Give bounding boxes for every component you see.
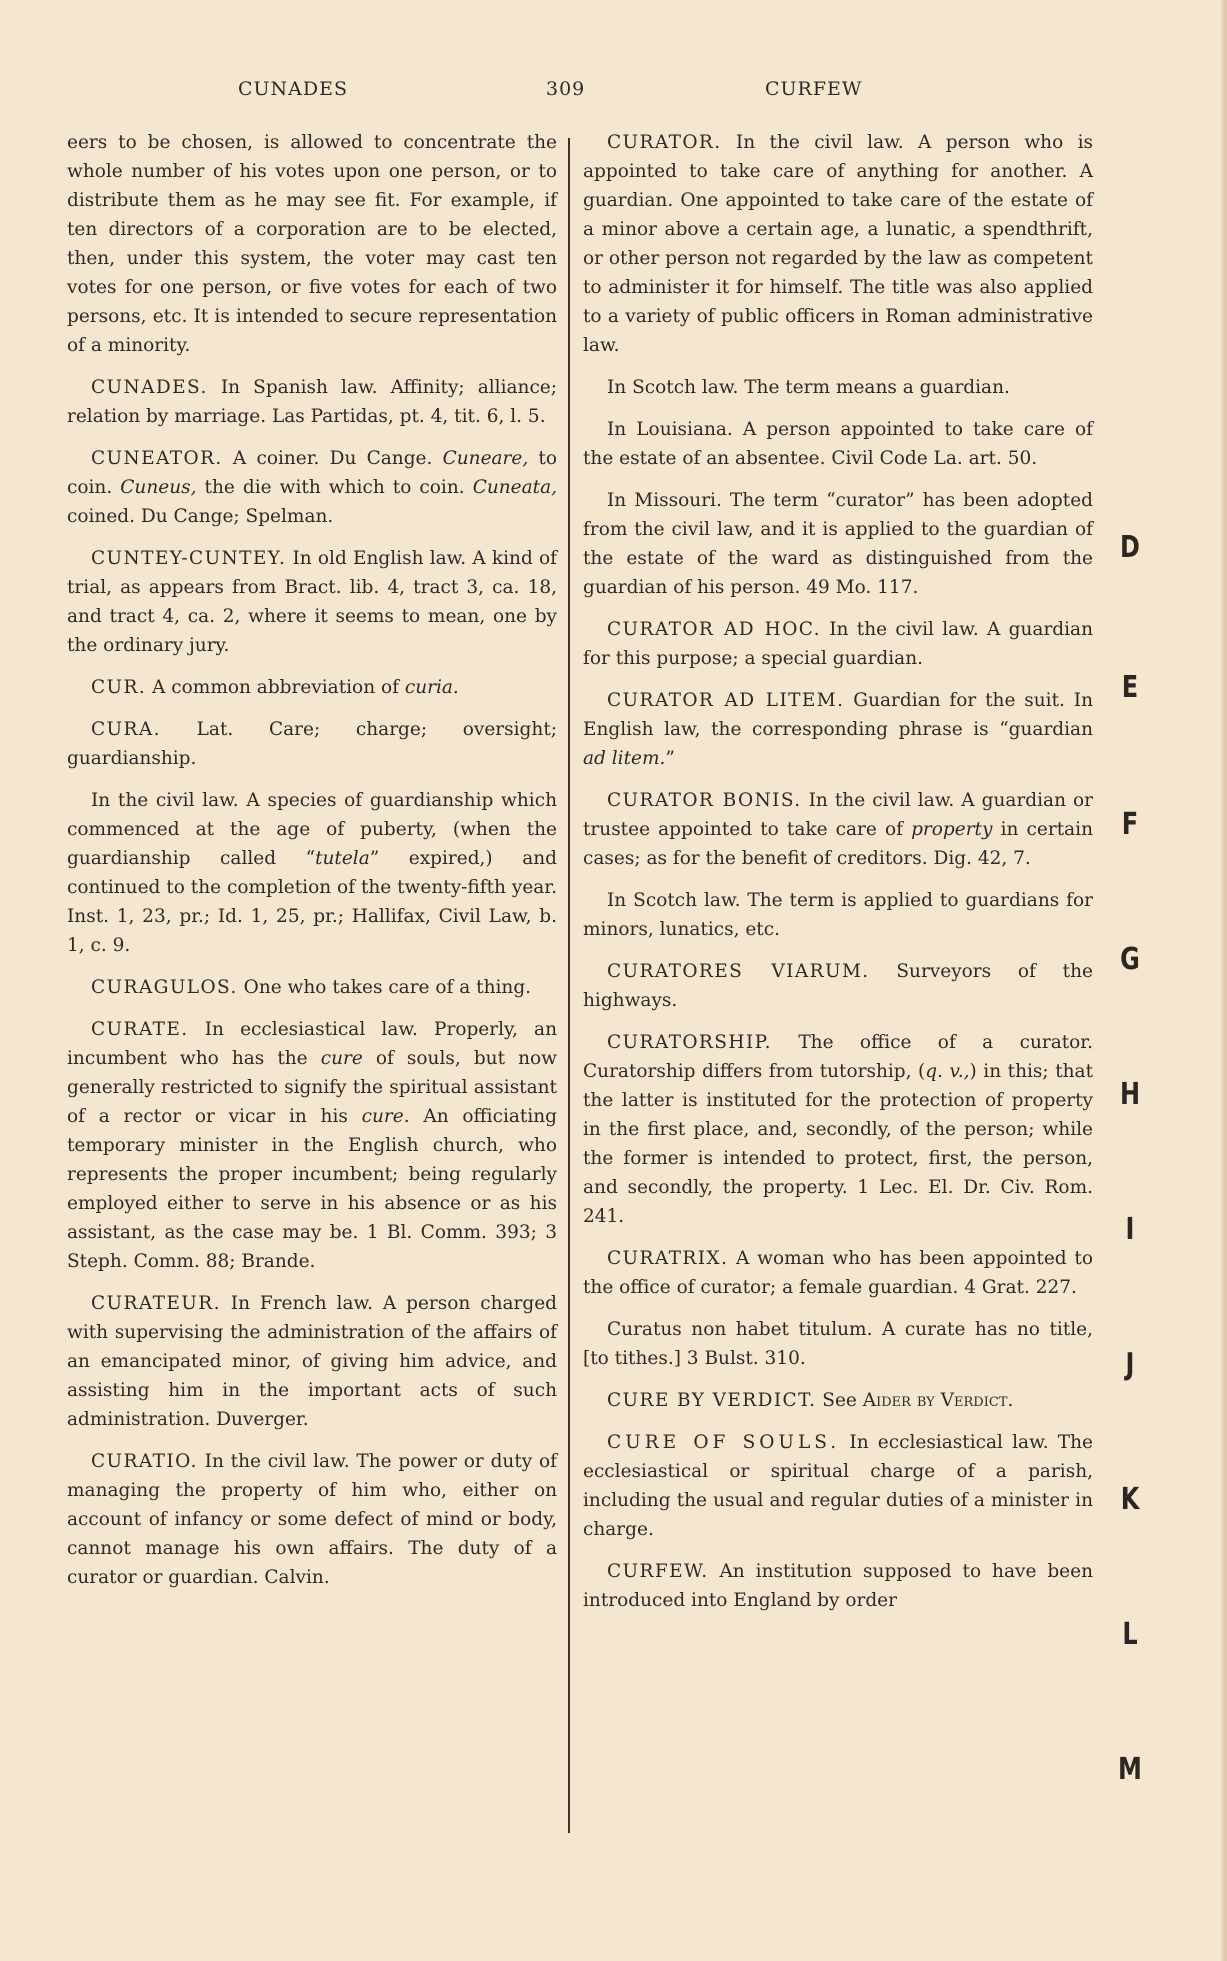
entry-cunades: CUNADES. In Spanish law. Affinity; allia… — [67, 373, 557, 431]
headword: CURATORES VIARUM. — [607, 961, 870, 982]
guide-word-left: CUNADES — [238, 78, 348, 100]
thumb-tab-d[interactable]: D — [1114, 530, 1146, 565]
page-number: 309 — [546, 78, 585, 100]
headword: CURFEW. — [607, 1561, 708, 1582]
definition: Curatus non habet titulum. A curate has … — [583, 1315, 1093, 1373]
entry-curator-bonis: CURATOR BONIS. In the civil law. A guard… — [583, 786, 1093, 873]
entry-curatrix: CURATRIX. A woman who has been appointed… — [583, 1244, 1093, 1302]
headword: CURATE. — [91, 1019, 189, 1040]
right-column: CURATOR. In the civil law. A person who … — [583, 128, 1093, 1628]
definition: In Scotch law. The term is applied to gu… — [583, 886, 1093, 944]
latin-term: curia. — [405, 677, 459, 698]
entry-text: eers to be chosen, is allowed to concent… — [67, 128, 557, 360]
latin-term: Cuneata, — [473, 477, 557, 498]
cross-reference: q. v., — [925, 1061, 969, 1082]
latin-term: ad litem. — [583, 748, 665, 769]
definition: One who takes care of a thing. — [238, 977, 531, 998]
headword: CURATRIX. — [607, 1248, 728, 1269]
entry-curatus-maxim: Curatus non habet titulum. A curate has … — [583, 1315, 1093, 1373]
entry-curatio: CURATIO. In the civil law. The power or … — [67, 1447, 557, 1592]
headword: CURE BY VERDICT. — [607, 1390, 816, 1411]
entry-curfew: CURFEW. An institution supposed to have … — [583, 1557, 1093, 1615]
thumb-tab-m[interactable]: M — [1114, 1752, 1146, 1787]
cross-reference: Aider by Verdict — [863, 1390, 1008, 1411]
definition: In Missouri. The term “curator” has been… — [583, 486, 1093, 602]
headword: CUNEATOR. — [91, 448, 223, 469]
headword: CURE OF SOULS. — [607, 1432, 840, 1453]
definition: ) in this; that the latter is instituted… — [583, 1061, 1093, 1227]
entry-curator: CURATOR. In the civil law. A person who … — [583, 128, 1093, 360]
thumb-tab-j[interactable]: J — [1114, 1347, 1146, 1382]
headword: CUR. — [91, 677, 146, 698]
entry-curator-bonis-scotch: In Scotch law. The term is applied to gu… — [583, 886, 1093, 944]
thumb-tab-e[interactable]: E — [1114, 670, 1146, 705]
entry-curateur: CURATEUR. In French law. A person charge… — [67, 1289, 557, 1434]
definition: ” — [665, 748, 674, 769]
headword: CURATOR AD HOC. — [607, 619, 821, 640]
entry-curatorship: CURATORSHIP. The office of a curator. Cu… — [583, 1028, 1093, 1231]
entry-curator-scotch: In Scotch law. The term means a guardian… — [583, 373, 1093, 402]
page-edge — [1221, 0, 1227, 1961]
definition: An officiating temporary minister in the… — [67, 1106, 557, 1272]
entry-curator-ad-hoc: CURATOR AD HOC. In the civil law. A guar… — [583, 615, 1093, 673]
left-column: eers to be chosen, is allowed to concent… — [67, 128, 557, 1605]
definition: In the civil law. A person who is appoin… — [583, 132, 1093, 356]
thumb-tab-g[interactable]: G — [1114, 942, 1146, 977]
thumb-tab-k[interactable]: K — [1114, 1482, 1146, 1517]
entry-curagulos: CURAGULOS. One who takes care of a thing… — [67, 973, 557, 1002]
headword: CURATEUR. — [91, 1293, 221, 1314]
guide-word-right: CURFEW — [765, 78, 862, 100]
definition: coined. Du Cange; Spelman. — [67, 506, 333, 527]
emphasis: property — [911, 819, 992, 840]
definition: See — [816, 1390, 862, 1411]
latin-term: tutela — [315, 848, 370, 869]
entry-curator-ad-litem: CURATOR AD LITEM. Guardian for the suit.… — [583, 686, 1093, 773]
headword: CURATORSHIP. — [607, 1032, 772, 1053]
latin-term: cure. — [362, 1106, 410, 1127]
entry-cura-civil-law: In the civil law. A species of guardians… — [67, 786, 557, 960]
latin-term: cure — [321, 1048, 363, 1069]
definition: . — [1007, 1390, 1013, 1411]
latin-term: Cuneus, — [120, 477, 196, 498]
headword: CURA. — [91, 719, 161, 740]
running-header: CUNADES 309 CURFEW — [0, 78, 1227, 104]
definition: A coiner. Du Cange. — [223, 448, 443, 469]
headword: CURATIO. — [91, 1451, 198, 1472]
entry-cuntey-cuntey: CUNTEY-CUNTEY. In old English law. A kin… — [67, 544, 557, 660]
definition: A common abbreviation of — [146, 677, 405, 698]
thumb-tab-l[interactable]: L — [1114, 1617, 1146, 1652]
entry-cuneator: CUNEATOR. A coiner. Du Cange. Cuneare, t… — [67, 444, 557, 531]
headword: CURATOR BONIS. — [607, 790, 802, 811]
entry-cure-by-verdict: CURE BY VERDICT. See Aider by Verdict. — [583, 1386, 1093, 1415]
thumb-tab-i[interactable]: I — [1114, 1212, 1146, 1247]
entry-cure-of-souls: CURE OF SOULS. In ecclesiastical law. Th… — [583, 1428, 1093, 1544]
entry-cur: CUR. A common abbreviation of curia. — [67, 673, 557, 702]
entry-continuation: eers to be chosen, is allowed to concent… — [67, 128, 557, 360]
entry-curator-louisiana: In Louisiana. A person appointed to take… — [583, 415, 1093, 473]
definition: In Louisiana. A person appointed to take… — [583, 415, 1093, 473]
latin-term: Cuneare, — [443, 448, 529, 469]
definition: the die with which to coin. — [197, 477, 473, 498]
entry-curator-missouri: In Missouri. The term “curator” has been… — [583, 486, 1093, 602]
headword: CUNADES. — [91, 377, 208, 398]
column-divider — [568, 138, 570, 1833]
thumb-tab-f[interactable]: F — [1114, 807, 1146, 842]
entry-cura: CURA. Lat. Care; charge; oversight; guar… — [67, 715, 557, 773]
thumb-tab-h[interactable]: H — [1114, 1077, 1146, 1112]
headword: CURAGULOS. — [91, 977, 238, 998]
headword: CUNTEY-CUNTEY. — [91, 548, 286, 569]
entry-curate: CURATE. In ecclesiastical law. Properly,… — [67, 1015, 557, 1276]
entry-curatores-viarum: CURATORES VIARUM. Surveyors of the highw… — [583, 957, 1093, 1015]
headword: CURATOR. — [607, 132, 722, 153]
definition: In Scotch law. The term means a guardian… — [583, 373, 1093, 402]
headword: CURATOR AD LITEM. — [607, 690, 844, 711]
